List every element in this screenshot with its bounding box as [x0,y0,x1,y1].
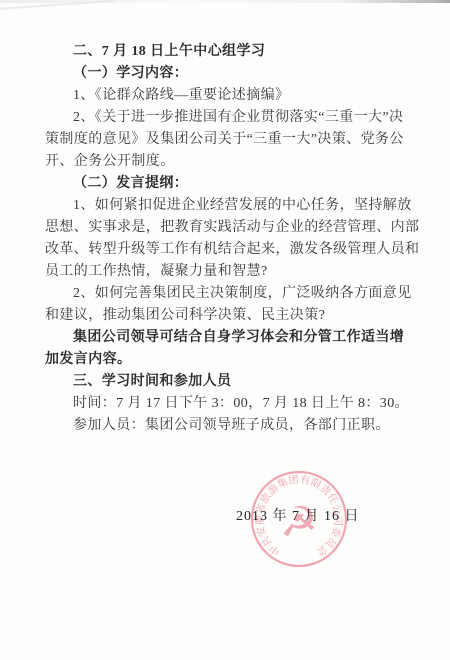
document-heading: 三、学习时间和参加人员 [45,371,413,393]
scanned-document-page: { "page": { "background": "#fdfdfc", "te… [0,0,450,660]
document-emphasis-line: 集团公司领导可结合自身学习体会和分管工作适当增 [45,327,413,349]
document-line: 1、《论群众路线—重要论述摘编》 [45,85,413,107]
document-line: 时间：7 月 17 日下午 3：00，7 月 18 日上午 8：30。 [45,393,413,415]
document-line: 改革、转型升级等工作有机结合起来，激发各级管理人员和 [45,239,413,261]
document-line: 思想、实事求是，把教育实践活动与企业的经营管理、内部 [45,217,413,239]
document-line: 2、《关于进一步推进国有企业贯彻落实“三重一大”决 [45,107,413,129]
document-subheading: （二）发言提纲： [45,173,413,195]
document-line: 和建议，推动集团公司科学决策、民主决策? [45,305,413,327]
document-emphasis-line: 加发言内容。 [45,349,413,371]
document-subheading: （一）学习内容： [45,63,413,85]
document-line: 策制度的意见》及集团公司关于“三重一大”决策、党务公 [45,129,413,151]
document-line: 2、如何完善集团民主决策制度，广泛吸纳各方面意见 [45,283,413,305]
document-line: 开、企务公开制度。 [45,151,413,173]
document-line: 员工的工作热情，凝聚力量和智慧? [45,261,413,283]
document-date: 2013 年 7 月 16 日 [236,505,360,525]
document-line: 参加人员：集团公司领导班子成员，各部门正职。 [45,415,413,437]
document-heading: 二、7 月 18 日上午中心组学习 [45,41,413,63]
document-line: 1、如何紧扣促进企业经营发展的中心任务，坚持解放 [45,195,413,217]
document-body: 二、7 月 18 日上午中心组学习 （一）学习内容： 1、《论群众路线—重要论述… [0,0,450,437]
